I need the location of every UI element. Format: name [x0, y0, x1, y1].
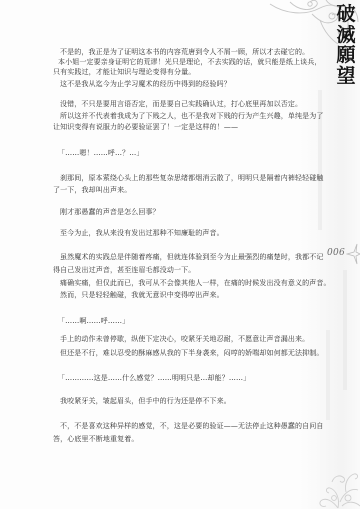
title-char: 滅 — [334, 25, 358, 46]
book-title: 破 滅 願 望 — [334, 4, 358, 86]
text-line: 手上的动作未曾停歇，纵使下定决心，咬紧牙关地忍耐，不愿意让声音漏出来。 — [60, 335, 309, 343]
margin-streak — [318, 90, 322, 230]
text-line: 所以这并不代表着我成为了下贱之人，也不是我对下贱的行为产生兴趣，单纯是为了 — [60, 112, 323, 120]
text-line: 不，不是喜欢这种异样的感觉，不，这是必要的验证——无法停止这种愚蠢的自问自 — [60, 422, 323, 430]
text-line: 虽然魔术的实践总是伴随着疼痛，但就连体验到至今为止最强烈的痛楚时，我都不记 — [60, 253, 323, 261]
text-line: 这不是我从迄今为止学习魔术的经历中得到的经验吗？ — [60, 80, 231, 88]
text-line: 本小姐一定要亲身证明它的荒谬！光只是理论，不去实践的话，就只能是纸上谈兵， — [58, 58, 321, 66]
text-line: 答，心底里不断地重复着。 — [53, 435, 138, 443]
text-line: 刚才那愚蠢的声音是怎么回事？ — [60, 208, 160, 216]
margin-streak — [326, 330, 330, 420]
text-line: 了一下，我却叫出声来。 — [53, 186, 131, 194]
dialogue-line: 「……嗯！……呼…？…」 — [58, 149, 143, 157]
text-line: 我咬紧牙关，皱起眉头，但手中的行为还是停不下来。 — [60, 397, 231, 405]
dialogue-line: 「…………这是……什么感觉？……明明只是…却能？……」 — [58, 374, 250, 382]
margin-streak — [343, 270, 347, 390]
text-line: 不是的，我正是为了证明这本书的内容荒唐到令人不屑一顾，所以才去碰它的。 — [60, 48, 309, 56]
text-line: 得自己发出过声音，甚至连眉毛都没动一下。 — [53, 266, 195, 274]
text-line: 刹那间，原本萦绕心头上的那些复杂思绪都烟消云散了，明明只是隔着内裤轻轻碰触 — [60, 174, 323, 182]
text-line: 然而，只是轻轻触碰，我就无意识中变得哼出声来。 — [60, 291, 224, 299]
title-char: 破 — [334, 4, 358, 25]
text-line: 痛确实痛，但仅此而已，我可从不会像其他人一样，在痛的时候发出没有意义的声音。 — [60, 279, 331, 287]
text-line: 但还是不行，难以忍受的酥麻感从我的下半身袭来，闷哼的娇喘却如何都无法抑制。 — [60, 349, 323, 357]
text-line: 只有实践过，才能让知识与理论变得有分量。 — [53, 68, 195, 76]
title-char: 望 — [334, 66, 358, 87]
title-char: 願 — [334, 45, 358, 66]
star-ornament-icon — [346, 243, 360, 265]
text-line: 让知识变得有说服力的必要验证罢了！一定是这样的！—— — [53, 123, 238, 131]
page-number: 006 — [327, 248, 345, 258]
dialogue-line: 「……啊……呼……」 — [58, 317, 129, 325]
floral-ornament-icon — [318, 462, 360, 509]
text-line: 没错，不只是要用言语否定，而是要自己实践确认过，打心底里再加以否定。 — [60, 100, 302, 108]
text-line: 至今为止，我从来没有发出过那种不知廉耻的声音。 — [60, 229, 224, 237]
